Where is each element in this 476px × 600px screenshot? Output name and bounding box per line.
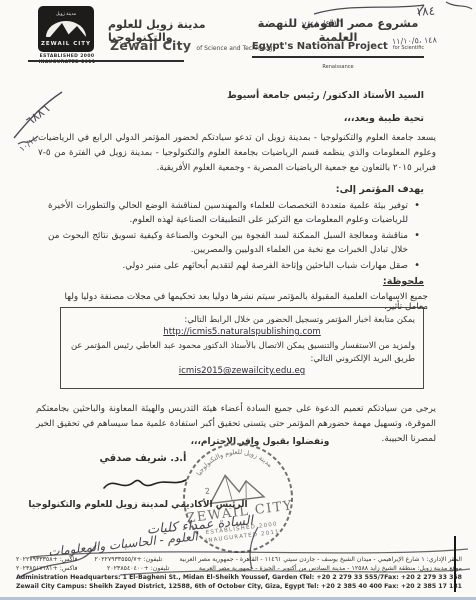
info-box-line2: ولمزيد من الاستفسار والتنسيق يمكن الاتصا… bbox=[69, 339, 415, 365]
stamp-pyramids-icon bbox=[207, 471, 264, 503]
footer-ar-campus-fax: فاكس: +٢٠٢٣٨٥١٧١٨١ bbox=[16, 564, 77, 573]
brand-title-en-main: Zewail City bbox=[110, 38, 191, 53]
info-box-line1: يمكن متابعة اخبار المؤتمر وتسجيل الحضور … bbox=[69, 313, 415, 326]
header-rule-right bbox=[252, 56, 424, 58]
signature-scribble bbox=[100, 472, 190, 498]
footer-ar-campus-row: موقع مدينة زويل: منطقة الشيخ زايد ١٢٥٨٨ … bbox=[16, 564, 462, 573]
logo-wordmark: ZEWAIL CITY bbox=[41, 41, 91, 47]
svg-text:مدينة زويل للعلوم والتكنولوجيا: مدينة زويل للعلوم والتكنولوجيا bbox=[192, 443, 274, 477]
footer-en-admin-fax: Fax: +20 2 279 33 358 bbox=[384, 573, 462, 582]
handwritten-margin-number: ٦٨٨٦ bbox=[23, 101, 52, 128]
footer-ar-admin-fax: فاكس: +٢٠٢٢٧٩٣٣٣٥٨ bbox=[16, 555, 77, 564]
conference-email-link[interactable]: icmis2015@zewailcity.edu.eg bbox=[69, 365, 415, 378]
footer-ar-admin-tel: تليفون: +٢٠٢٢٧٩٣٣٥٥٥/٧ bbox=[95, 555, 163, 564]
handwritten-code: ٤/١٦/ ٧/٤٨ bbox=[302, 19, 344, 31]
conference-url-link[interactable]: http://icmis5.naturalspublishing.com bbox=[69, 326, 415, 339]
footer-en-campus-fax: Fax: +20 2 385 17 181 bbox=[384, 582, 462, 591]
goal-item: توفير بيئة علمية متعددة التخصصات للعلماء… bbox=[48, 199, 420, 227]
registration-info-box: يمكن متابعة اخبار المؤتمر وتسجيل الحضور … bbox=[60, 307, 424, 389]
intro-paragraph: يسعد جامعة العلوم والتكنولوجيا - بمدينة … bbox=[38, 131, 436, 176]
footer-ar-admin-address: المقر الإداري: ١ شارع الإبراهيمي - ميدان… bbox=[179, 555, 462, 564]
signer-title: الرئيس الأكاديمي لمدينة زويل للعلوم والت… bbox=[16, 500, 260, 510]
handwritten-reference-annotation: ١٨٤ ٤/١٦/ ٧/٤٨ ١٤٨ ،١١/١٠/٥ bbox=[296, 0, 476, 52]
goal-item: مناقشة ومعالجة السبل الممكنة لسد الفجوة … bbox=[48, 229, 420, 257]
goals-title: يهدف المؤتمر إلى: bbox=[336, 184, 424, 195]
recipient-line: السيد الأستاذ الدكتور/ رئيس جامعة أسيوط bbox=[54, 90, 424, 101]
header-rule-left bbox=[28, 60, 184, 62]
footer-en-campus-row: Zewail City Campus: Sheikh Zayed Distric… bbox=[16, 582, 462, 591]
footer-en-admin-address: Administration Headquarters: 1 El-Baghen… bbox=[16, 573, 302, 582]
scanned-letter-page: مدينة زويل ZEWAIL CITY ESTABLISHED 2000 … bbox=[0, 0, 476, 600]
scan-line-artifact bbox=[454, 536, 456, 592]
stamp-arc-text: مدينة زويل للعلوم والتكنولوجيا bbox=[192, 443, 274, 477]
handwritten-date: ١٤٨ ،١١/١٠/٥ bbox=[392, 35, 438, 46]
logo-arc-text: مدينة زويل bbox=[56, 12, 77, 17]
stamp-number: 2 bbox=[204, 486, 210, 496]
footer-ar-campus-tel: تليفون: +٢٠٢٣٨٥٤٠٤٠٠ bbox=[107, 564, 169, 573]
salutation-line: تحية طيبة وبعد،،، bbox=[344, 113, 424, 124]
goals-list: توفير بيئة علمية متعددة التخصصات للعلماء… bbox=[48, 199, 420, 275]
footer-ar-admin-row: المقر الإداري: ١ شارع الإبراهيمي - ميدان… bbox=[16, 555, 462, 564]
note-title: ملحوظة: bbox=[383, 276, 424, 287]
handwritten-number: ١٨٤ bbox=[415, 4, 435, 19]
goal-item: صقل مهارات شباب الباحثين وإتاحة الفرصة ل… bbox=[48, 259, 420, 273]
footer-ar-campus-address: موقع مدينة زويل: منطقة الشيخ زايد ١٢٥٨٨ … bbox=[199, 564, 462, 573]
letterhead-footer: المقر الإداري: ١ شارع الإبراهيمي - ميدان… bbox=[16, 555, 462, 591]
footer-en-campus-tel: Tel: +20 2 385 40 400 bbox=[307, 582, 383, 591]
footer-en-admin-tel: Tel: +20 2 279 33 555/7 bbox=[302, 573, 384, 582]
footer-en-admin-row: Administration Headquarters: 1 El-Baghen… bbox=[16, 573, 462, 582]
zewail-city-logo: مدينة زويل ZEWAIL CITY bbox=[38, 6, 94, 52]
footer-en-campus-address: Zewail City Campus: Sheikh Zayed Distric… bbox=[16, 582, 305, 591]
signer-name: أ.د. شريف صدقي bbox=[88, 453, 198, 464]
